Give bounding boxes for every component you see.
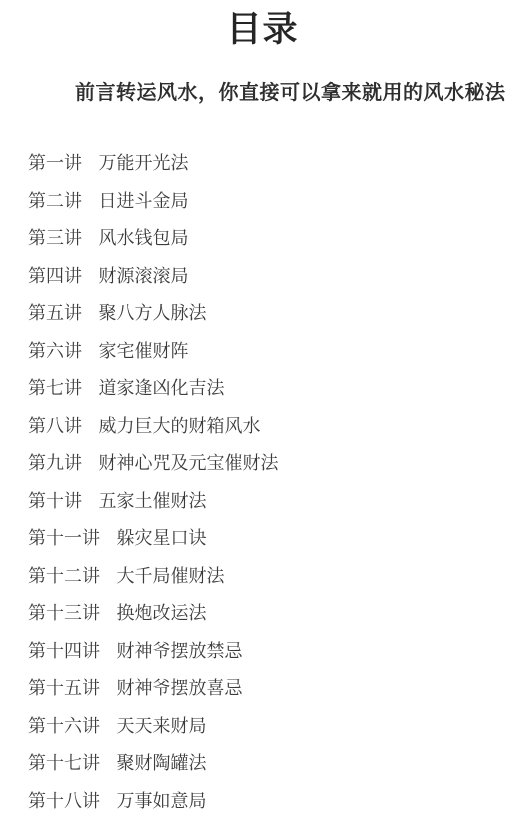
toc-entry-chapter: 第十二讲 [28, 566, 100, 586]
toc-entry: 第七讲 道家逢凶化吉法 [28, 370, 279, 408]
toc-entry-title: 财神心咒及元宝催财法 [99, 453, 279, 473]
toc-entry-chapter: 第十五讲 [28, 678, 100, 698]
toc-entry-title: 日进斗金局 [99, 191, 189, 211]
toc-entry-chapter: 第十讲 [28, 491, 82, 511]
toc-entry-title: 威力巨大的财箱风水 [99, 416, 261, 436]
toc-entry-title: 聚八方人脉法 [99, 303, 207, 323]
document-page: 目录 前言转运风水，你直接可以拿来就用的风水秘法 第一讲 万能开光法 第二讲 日… [0, 0, 525, 821]
toc-entry-chapter: 第十四讲 [28, 641, 100, 661]
toc-entry: 第十四讲 财神爷摆放禁忌 [28, 633, 279, 671]
toc-entry-chapter: 第二讲 [28, 191, 82, 211]
toc-entry-title: 家宅催财阵 [99, 341, 189, 361]
toc-entry-chapter: 第三讲 [28, 228, 82, 248]
toc-entry: 第十一讲 躲灾星口诀 [28, 520, 279, 558]
toc-entry: 第十三讲 换炮改运法 [28, 595, 279, 633]
toc-entry: 第五讲 聚八方人脉法 [28, 295, 279, 333]
toc-entry-chapter: 第十一讲 [28, 528, 100, 548]
toc-entry-title: 财源滚滚局 [99, 266, 189, 286]
toc-entry-title: 万事如意局 [117, 791, 207, 811]
toc-entry-chapter: 第十七讲 [28, 753, 100, 773]
toc-entry: 第十七讲 聚财陶罐法 [28, 745, 279, 783]
page-title: 目录 [0, 2, 525, 52]
toc-entry: 第十二讲 大千局催财法 [28, 558, 279, 596]
toc-entry: 第九讲 财神心咒及元宝催财法 [28, 445, 279, 483]
toc-entry-chapter: 第七讲 [28, 378, 82, 398]
toc-entry: 第十八讲 万事如意局 [28, 783, 279, 821]
toc-entry-chapter: 第四讲 [28, 266, 82, 286]
toc-entry-title: 道家逢凶化吉法 [99, 378, 225, 398]
toc-entry-title: 大千局催财法 [117, 566, 225, 586]
toc-entry: 第十讲 五家土催财法 [28, 483, 279, 521]
toc-entry-title: 万能开光法 [99, 153, 189, 173]
toc-entry-chapter: 第十三讲 [28, 603, 100, 623]
toc-entry-chapter: 第十八讲 [28, 791, 100, 811]
toc-entry: 第十六讲 天天来财局 [28, 708, 279, 746]
toc-entry-title: 风水钱包局 [99, 228, 189, 248]
toc-entry-chapter: 第十六讲 [28, 716, 100, 736]
toc-entry-title: 换炮改运法 [117, 603, 207, 623]
toc-entry-title: 五家土催财法 [99, 491, 207, 511]
toc-entry-chapter: 第五讲 [28, 303, 82, 323]
toc-list: 第一讲 万能开光法 第二讲 日进斗金局 第三讲 风水钱包局 第四讲 财源滚滚局 … [28, 145, 279, 820]
toc-entry: 第一讲 万能开光法 [28, 145, 279, 183]
toc-entry: 第八讲 威力巨大的财箱风水 [28, 408, 279, 446]
toc-entry: 第六讲 家宅催财阵 [28, 333, 279, 371]
toc-entry: 第三讲 风水钱包局 [28, 220, 279, 258]
toc-entry-chapter: 第一讲 [28, 153, 82, 173]
toc-entry: 第四讲 财源滚滚局 [28, 258, 279, 296]
toc-entry: 第二讲 日进斗金局 [28, 183, 279, 221]
toc-entry-title: 躲灾星口诀 [117, 528, 207, 548]
toc-entry: 第十五讲 财神爷摆放喜忌 [28, 670, 279, 708]
toc-entry-title: 天天来财局 [117, 716, 207, 736]
toc-entry-chapter: 第六讲 [28, 341, 82, 361]
preface-line: 前言转运风水，你直接可以拿来就用的风水秘法 [75, 76, 506, 105]
toc-entry-title: 聚财陶罐法 [117, 753, 207, 773]
toc-entry-chapter: 第九讲 [28, 453, 82, 473]
toc-entry-chapter: 第八讲 [28, 416, 82, 436]
toc-entry-title: 财神爷摆放禁忌 [117, 641, 243, 661]
toc-entry-title: 财神爷摆放喜忌 [117, 678, 243, 698]
